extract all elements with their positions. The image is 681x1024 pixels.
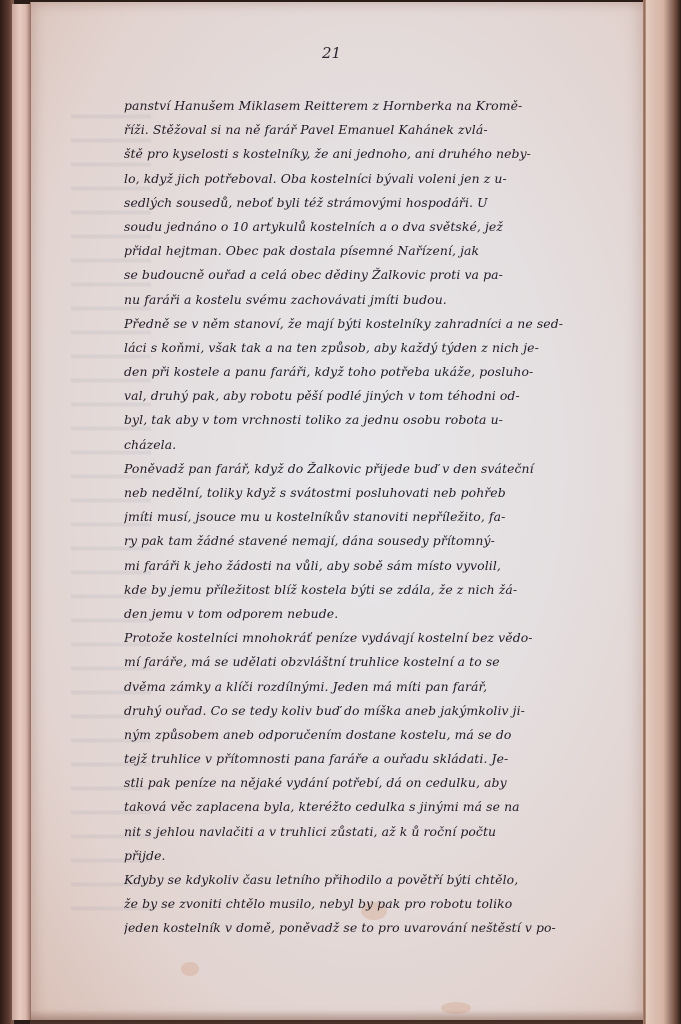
page-number: 21: [322, 44, 341, 62]
text-line: den při kostele a panu faráři, když toho…: [124, 360, 628, 384]
text-line: neb nedělní, toliky když s svátostmi pos…: [124, 481, 628, 505]
text-line: nu faráři a kostelu svému zachovávati jm…: [124, 288, 628, 312]
text-line: cházela.: [124, 433, 628, 457]
text-line: tejž truhlice v přítomnosti pana faráře …: [124, 747, 628, 771]
text-line: soudu jednáno o 10 artykulů kostelních a…: [124, 215, 628, 239]
text-line: jeden kostelník v domě, poněvadž se to p…: [124, 916, 628, 940]
text-line: Předně se v něm stanoví, že mají býti ko…: [124, 312, 628, 336]
page-bottom-shadow: [30, 1010, 646, 1024]
text-line: kde by jemu příležitost blíž kostela být…: [124, 578, 628, 602]
text-line: stli pak peníze na nějaké vydání potřebí…: [124, 771, 628, 795]
text-line: sedlých sousedů, neboť byli též strámový…: [124, 191, 628, 215]
text-line: byl, tak aby v tom vrchnosti toliko za j…: [124, 408, 628, 432]
facing-page-edge: [646, 0, 681, 1024]
text-line: že by se zvoniti chtělo musilo, nebyl by…: [124, 892, 628, 916]
paper-stain: [181, 962, 199, 976]
text-line: Poněvadž pan farář, když do Žalkovic při…: [124, 457, 628, 481]
text-line: val, druhý pak, aby robotu pěší podlé ji…: [124, 384, 628, 408]
text-line: taková věc zaplacena byla, kteréžto cedu…: [124, 795, 628, 819]
manuscript-scan: 21 panství Hanušem Miklasem Reitterem z …: [0, 0, 681, 1024]
text-line: mí faráře, má se udělati obzvláštní truh…: [124, 650, 628, 674]
text-line: dvěma zámky a klíči rozdílnými. Jeden má…: [124, 675, 628, 699]
text-line: den jemu v tom odporem nebude.: [124, 602, 628, 626]
text-line: se budoucně ouřad a celá obec dědiny Žal…: [124, 263, 628, 287]
text-line: Kdyby se kdykoliv času letního přihodilo…: [124, 868, 628, 892]
text-line: říži. Stěžoval si na ně farář Pavel Eman…: [124, 118, 628, 142]
handwritten-text-block: panství Hanušem Miklasem Reitterem z Hor…: [124, 94, 628, 941]
text-line: ry pak tam žádné stavené nemají, dána so…: [124, 529, 628, 553]
text-line: lo, když jich potřeboval. Oba kostelníci…: [124, 167, 628, 191]
text-line: nit s jehlou navlačiti a v truhlici zůst…: [124, 820, 628, 844]
text-line: jmíti musí, jsouce mu u kostelníkův stan…: [124, 505, 628, 529]
text-line: ště pro kyselosti s kostelníky, že ani j…: [124, 142, 628, 166]
text-line: přidal hejtman. Obec pak dostala písemné…: [124, 239, 628, 263]
text-line: mi faráři k jeho žádosti na vůli, aby so…: [124, 554, 628, 578]
text-line: ným způsobem aneb odporučením dostane ko…: [124, 723, 628, 747]
text-line: Protože kostelníci mnohokráť peníze vydá…: [124, 626, 628, 650]
text-line: přijde.: [124, 844, 628, 868]
text-line: druhý ouřad. Co se tedy koliv buď do míš…: [124, 699, 628, 723]
text-line: láci s koňmi, však tak a na ten způsob, …: [124, 336, 628, 360]
text-line: panství Hanušem Miklasem Reitterem z Hor…: [124, 94, 628, 118]
